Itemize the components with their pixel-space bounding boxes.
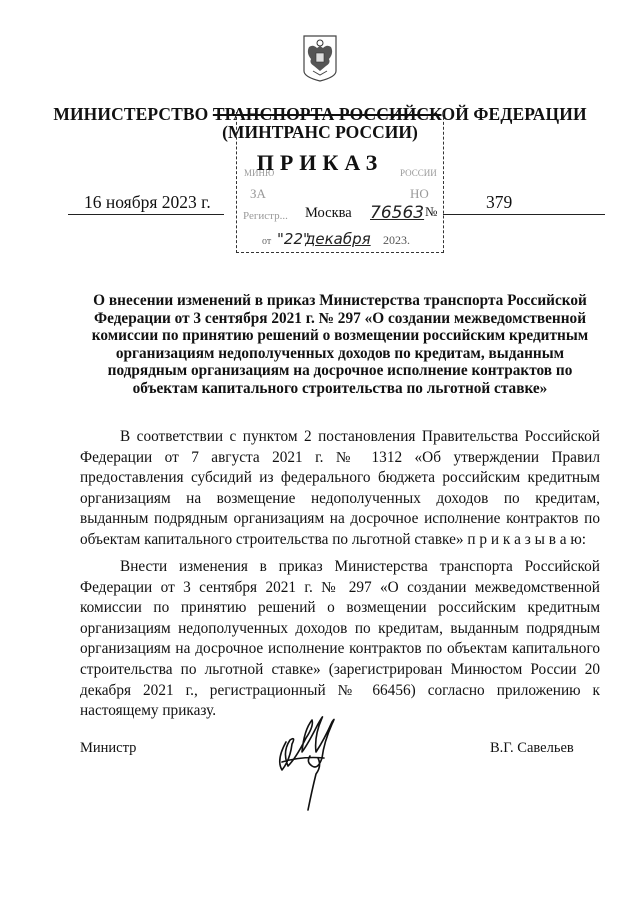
order-number: 379 (486, 192, 512, 213)
body-paragraph-1: В соответствии с пунктом 2 постановления… (80, 427, 600, 551)
body-paragraph-2: Внести изменения в приказ Министерства т… (80, 557, 600, 722)
stamp-date-month: декабря (305, 230, 371, 248)
stamp-line2-right: НО (410, 186, 429, 202)
stamp-number-sign: № (425, 204, 437, 220)
number-underline (443, 214, 605, 215)
date-underline (68, 214, 224, 215)
stamp-reg-number: 76563 (370, 203, 424, 223)
ministry-name-prefix: МИНИСТЕРСТВО (53, 104, 213, 124)
signatory-position: Министр (80, 740, 136, 757)
stamp-registered-label: Регистр... (243, 210, 288, 222)
signature-icon (262, 700, 372, 820)
signatory-name: В.Г. Савельев (490, 740, 574, 757)
stamp-date-year: 2023. (383, 233, 410, 248)
order-date: 16 ноября 2023 г. (84, 192, 211, 213)
ministry-name-suffix: ОЙ ФЕДЕРАЦИИ (442, 104, 587, 124)
stamp-city: Москва (305, 205, 352, 222)
stamp-line2-left: ЗА (250, 186, 266, 202)
order-title: О внесении изменений в приказ Министерст… (80, 292, 600, 398)
stamp-date-prefix: от (262, 236, 271, 247)
document-type: ПРИКАЗ (0, 150, 640, 176)
coat-of-arms-icon (301, 33, 339, 83)
